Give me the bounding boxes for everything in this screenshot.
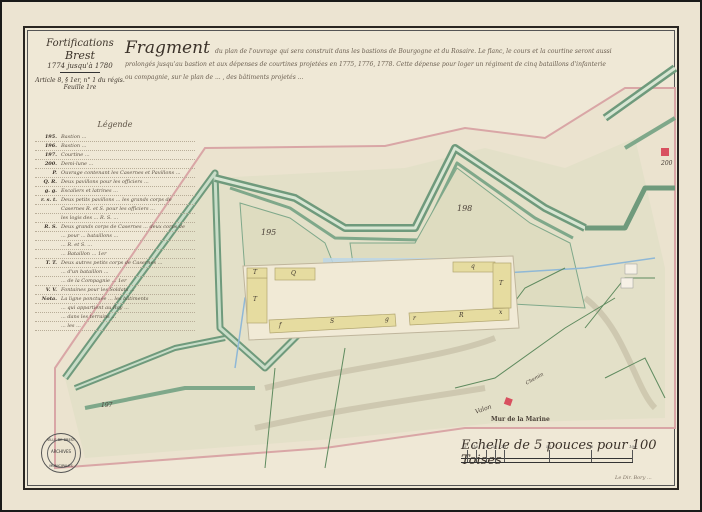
legend-row: 195.Bastion ... xyxy=(35,133,195,142)
legend-row: 197.Courtine ... xyxy=(35,151,195,160)
sheet-label: Feuille 1re xyxy=(35,84,125,91)
title-main: Fragment xyxy=(125,38,210,58)
legend: Légende 195.Bastion ... 196.Bastion ... … xyxy=(35,120,195,331)
legend-title: Légende xyxy=(35,120,195,129)
building-label: R xyxy=(459,312,464,319)
legend-row: Casernes R. et S. pour les officiers ... xyxy=(35,205,195,214)
collection-label: Fortifications xyxy=(35,38,125,49)
place-label: Brest xyxy=(35,49,125,62)
legend-row: les logis des ... R. S. ... xyxy=(35,214,195,223)
scale-title: Echelle de 5 pouces pour 100 Toises xyxy=(461,438,677,468)
legend-row: R. S.Deux grands corps de Casernes ... d… xyxy=(35,223,195,232)
shed xyxy=(621,278,633,288)
building-label: T xyxy=(253,296,257,303)
shed xyxy=(625,264,637,274)
scale-tick: 50 xyxy=(549,450,550,462)
building-label: q xyxy=(471,263,475,270)
dates-label: 1774 jusqu'à 1780 xyxy=(35,62,125,70)
legend-row: 196.Bastion ... xyxy=(35,142,195,151)
scale-tick: 75 xyxy=(591,450,592,462)
building-label: Q xyxy=(291,270,296,277)
title-line-1: du plan de l'ouvrage qui sera construit … xyxy=(215,48,612,55)
heading-rule xyxy=(60,72,100,73)
scale-bar: 5 10 15 20 25 50 75 100 xyxy=(461,458,633,463)
scale-tick: 10 xyxy=(476,450,477,462)
legend-row: 200.Demi-lune ... xyxy=(35,160,195,169)
collection-heading: Fortifications Brest 1774 jusqu'à 1780 A… xyxy=(35,38,125,91)
building-label: S xyxy=(330,318,334,325)
label-mur-marine: Mur de la Marine xyxy=(491,416,550,423)
building-label: r xyxy=(413,315,416,322)
legend-row: ... de la Compagnie ... 1er xyxy=(35,277,195,286)
legend-row: ... qui appartient au Roy ... xyxy=(35,304,195,313)
scale-tick: 100 xyxy=(632,450,633,462)
legend-row: ... Bataillon ... 1er xyxy=(35,250,195,259)
barracks-complex xyxy=(243,256,519,340)
title-line-2: prolongés jusqu'au bastion et aux dépens… xyxy=(125,58,675,71)
building-label: f xyxy=(279,322,281,329)
scale-tick: 15 xyxy=(486,450,487,462)
scale-tick: 20 xyxy=(495,450,496,462)
scale-tick: 25 xyxy=(504,450,505,462)
legend-row: T. T.Deux autres petits corps de Caserne… xyxy=(35,259,195,268)
legend-row: ... dans les terrains ... xyxy=(35,313,195,322)
archives-stamp: VILLE DE BREST ARCHIVES MUNICIPALES xyxy=(41,433,81,473)
building-label: T xyxy=(253,269,257,276)
map-frame: Fortifications Brest 1774 jusqu'à 1780 A… xyxy=(23,26,679,490)
legend-row: ... R. et S. ... xyxy=(35,241,195,250)
red-marker-top-right xyxy=(661,148,669,156)
signature: Le Dir. Bory ... xyxy=(615,475,652,481)
scale-tick: 5 xyxy=(467,450,468,462)
building-label: g xyxy=(385,316,389,323)
map-sheet: Fortifications Brest 1774 jusqu'à 1780 A… xyxy=(2,2,700,510)
legend-row: V. V.Fontaines pour les Soldats ... xyxy=(35,286,195,295)
title-block: Fragment du plan de l'ouvrage qui sera c… xyxy=(125,38,675,84)
legend-row: g. g.Escaliers et latrines ... xyxy=(35,187,195,196)
article-label: Article 8, § 1er, n° 1 du régis. xyxy=(35,77,125,84)
legend-row: ... d'un bataillon ... xyxy=(35,268,195,277)
legend-row: ... les ... xyxy=(35,322,195,331)
legend-row: r. s. t.Deux petits pavillons ... les gr… xyxy=(35,196,195,205)
legend-row: Q. R.Deux pavillons pour les officiers .… xyxy=(35,178,195,187)
label-bastion-200: 200 xyxy=(661,160,672,167)
legend-row: Nota.La ligne ponctuée ... les bâtiments xyxy=(35,295,195,304)
stamp-top-text: VILLE DE BREST xyxy=(42,438,80,442)
label-bastion-197: 197 xyxy=(101,402,112,409)
building-label: x xyxy=(499,309,502,316)
title-line-3: ou compagnie, sur le plan de ... , des b… xyxy=(125,71,675,84)
legend-row: P.Ouvrage contenant les Casernes et Pavi… xyxy=(35,169,195,178)
legend-row: ... pour ... bataillons ... xyxy=(35,232,195,241)
label-bastion-198: 198 xyxy=(457,204,472,213)
label-bastion-195: 195 xyxy=(261,228,276,237)
stamp-bottom-text: MUNICIPALES xyxy=(42,464,80,468)
building-label: T xyxy=(499,280,503,287)
stamp-center-text: ARCHIVES xyxy=(42,449,80,454)
